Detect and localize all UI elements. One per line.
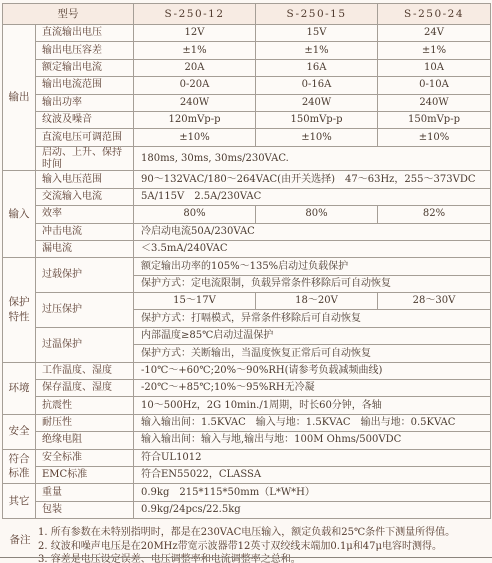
spec-value: 15V bbox=[256, 25, 378, 42]
group-label-compliance: 符合标准 bbox=[3, 449, 36, 484]
spec-value: 16A bbox=[256, 59, 378, 76]
table-row: 保存温度、湿度 -20℃～+85℃;10%～95%RH无冷凝 bbox=[3, 380, 491, 397]
table-row: 纹波及噪音 120mVp-p 150mVp-p 150mVp-p bbox=[3, 111, 491, 128]
spec-value-span: 0.9kg 215*115*50mm（L*W*H） bbox=[134, 484, 491, 501]
group-label-output: 输出 bbox=[3, 25, 36, 171]
spec-label: 抗震性 bbox=[36, 397, 134, 414]
table-row: 其它 重量 0.9kg 215*115*50mm（L*W*H） bbox=[3, 484, 491, 501]
spec-value-span: 10～500Hz，2G 10min./1周期，时长60分钟，各轴 bbox=[134, 397, 491, 414]
spec-table: 型号 S-250-12 S-250-15 S-250-24 输出 直流输出电压 … bbox=[2, 3, 491, 519]
spec-label: 额定输出电流 bbox=[36, 59, 134, 76]
spec-label: 输出功率 bbox=[36, 94, 134, 111]
spec-label: 过温保护 bbox=[36, 327, 134, 362]
spec-value-span: 保护方式：定电流限制，负载异常条件移除后可自动恢复 bbox=[134, 275, 491, 292]
spec-value-span: 符合EN55022，CLASSA bbox=[134, 466, 491, 483]
table-row: 启动、上升、保持时间 180ms, 30ms, 30ms/230VAC. bbox=[3, 146, 491, 171]
group-label-protection: 保护特性 bbox=[3, 258, 36, 362]
table-row: 过压保护 15～17V 18～20V 28～30V bbox=[3, 293, 491, 310]
spec-value-span: 180ms, 30ms, 30ms/230VAC. bbox=[134, 146, 491, 171]
spec-value-span: 输入输出间：输入与地,输出与地：100M Ohms/500VDC bbox=[134, 432, 491, 449]
table-row: 额定输出电流 20A 16A 10A bbox=[3, 59, 491, 76]
spec-label: 包装 bbox=[36, 501, 134, 518]
spec-value: 80% bbox=[134, 206, 256, 223]
group-label-safety: 安全 bbox=[3, 414, 36, 449]
table-row: 保护特性 过载保护 额定输出功率的105%～135%启动过负载保护 bbox=[3, 258, 491, 275]
model-header-label: 型号 bbox=[3, 4, 134, 25]
spec-label: 工作温度、湿度 bbox=[36, 362, 134, 379]
spec-label: 保存温度、湿度 bbox=[36, 380, 134, 397]
spec-value-span: ＜3.5mA/240VAC bbox=[134, 240, 491, 257]
table-row: 绝缘电阻 输入输出间：输入与地,输出与地：100M Ohms/500VDC bbox=[3, 432, 491, 449]
table-row: 输出 直流输出电压 12V 15V 24V bbox=[3, 25, 491, 42]
table-row: 效率 80% 80% 82% bbox=[3, 206, 491, 223]
table-row: 冲击电流 冷启动电流50A/230VAC bbox=[3, 223, 491, 240]
spec-value-span: 保护方式：打嗝模式，异常条件移除后可自动恢复 bbox=[134, 310, 491, 327]
spec-value: ±10% bbox=[256, 129, 378, 146]
note-line: 1. 所有参数在未特别指明时，都是在230VAC电压输入，额定负载和25℃条件下… bbox=[38, 526, 490, 539]
spec-label: 安全标准 bbox=[36, 449, 134, 466]
table-row: 输出电流范围 0-20A 0-16A 0-10A bbox=[3, 77, 491, 94]
table-row: 漏电流 ＜3.5mA/240VAC bbox=[3, 240, 491, 257]
spec-value: 150mVp-p bbox=[378, 111, 491, 128]
table-row: 抗震性 10～500Hz，2G 10min./1周期，时长60分钟，各轴 bbox=[3, 397, 491, 414]
note-line: 2. 纹波和噪声电压是在20MHz带宽示波器带12英寸双绞线末端加0.1μ和47… bbox=[38, 540, 490, 553]
spec-value: ±1% bbox=[256, 42, 378, 59]
spec-label: 效率 bbox=[36, 206, 134, 223]
spec-value: 0-16A bbox=[256, 77, 378, 94]
spec-label: 绝缘电阻 bbox=[36, 432, 134, 449]
spec-value: 10A bbox=[378, 59, 491, 76]
spec-sheet-page: 型号 S-250-12 S-250-15 S-250-24 输出 直流输出电压 … bbox=[0, 0, 492, 563]
group-label-environment: 环境 bbox=[3, 362, 36, 414]
table-row: 环境 工作温度、湿度 -10℃～+60℃;20%～90%RH(请参考负载减频曲线… bbox=[3, 362, 491, 379]
spec-value-span: -20℃～+85℃;10%～95%RH无冷凝 bbox=[134, 380, 491, 397]
model-header: S-250-15 bbox=[256, 4, 378, 25]
table-row: 输出功率 240W 240W 240W bbox=[3, 94, 491, 111]
spec-label: 启动、上升、保持时间 bbox=[36, 146, 134, 171]
spec-value-span: 5A/115V 2.5A/230VAC bbox=[134, 188, 491, 205]
spec-value-span: -10℃～+60℃;20%～90%RH(请参考负载减频曲线) bbox=[134, 362, 491, 379]
spec-label: 输入电压范围 bbox=[36, 171, 134, 188]
spec-value-span: 保护方式：关断输出，当温度恢复正常后可自动恢复 bbox=[134, 345, 491, 362]
spec-value: 0-10A bbox=[378, 77, 491, 94]
spec-value: 240W bbox=[378, 94, 491, 111]
spec-label: 直流输出电压 bbox=[36, 25, 134, 42]
spec-value-span: 输入输出间：1.5KVAC 输入与地：1.5KVAC 输出与地：0.5KVAC bbox=[134, 414, 491, 431]
spec-value: ±1% bbox=[378, 42, 491, 59]
spec-value: 0-20A bbox=[134, 77, 256, 94]
spec-value: 15～17V bbox=[134, 293, 256, 310]
table-row: 过温保护 内部温度≥85℃启动过温保护 bbox=[3, 327, 491, 344]
table-row: 交流输入电流 5A/115V 2.5A/230VAC bbox=[3, 188, 491, 205]
header-row: 型号 S-250-12 S-250-15 S-250-24 bbox=[3, 4, 491, 25]
spec-value: ±1% bbox=[134, 42, 256, 59]
spec-label: 重量 bbox=[36, 484, 134, 501]
spec-label: 过载保护 bbox=[36, 258, 134, 293]
group-label-other: 其它 bbox=[3, 484, 36, 519]
spec-label: EMC标准 bbox=[36, 466, 134, 483]
table-row: 包装 0.9kg/24pcs/22.5kg bbox=[3, 501, 491, 518]
spec-label: 漏电流 bbox=[36, 240, 134, 257]
spec-value: 12V bbox=[134, 25, 256, 42]
spec-label: 过压保护 bbox=[36, 293, 134, 328]
spec-value: ±10% bbox=[134, 129, 256, 146]
spec-value: 20A bbox=[134, 59, 256, 76]
spec-label: 直流电压可调范围 bbox=[36, 129, 134, 146]
spec-label: 输出电流范围 bbox=[36, 77, 134, 94]
table-row: 直流电压可调范围 ±10% ±10% ±10% bbox=[3, 129, 491, 146]
table-row: 安全 耐压性 输入输出间：1.5KVAC 输入与地：1.5KVAC 输出与地：0… bbox=[3, 414, 491, 431]
table-row: 符合标准 安全标准 符合UL1012 bbox=[3, 449, 491, 466]
spec-value: ±10% bbox=[378, 129, 491, 146]
spec-value: 240W bbox=[256, 94, 378, 111]
spec-label: 交流输入电流 bbox=[36, 188, 134, 205]
spec-value: 28～30V bbox=[378, 293, 491, 310]
spec-label: 冲击电流 bbox=[36, 223, 134, 240]
spec-value: 24V bbox=[378, 25, 491, 42]
spec-label: 耐压性 bbox=[36, 414, 134, 431]
group-label-input: 输入 bbox=[3, 171, 36, 258]
spec-value: 18～20V bbox=[256, 293, 378, 310]
spec-value-span: 符合UL1012 bbox=[134, 449, 491, 466]
model-header: S-250-24 bbox=[378, 4, 491, 25]
spec-value-span: 额定输出功率的105%～135%启动过负载保护 bbox=[134, 258, 491, 275]
spec-value: 240W bbox=[134, 94, 256, 111]
model-header: S-250-12 bbox=[134, 4, 256, 25]
table-row: EMC标准 符合EN55022，CLASSA bbox=[3, 466, 491, 483]
spec-label: 输出电压容差 bbox=[36, 42, 134, 59]
spec-value-span: 0.9kg/24pcs/22.5kg bbox=[134, 501, 491, 518]
table-row: 输入 输入电压范围 90～132VAC/180～264VAC(由开关选择) 47… bbox=[3, 171, 491, 188]
table-row: 输出电压容差 ±1% ±1% ±1% bbox=[3, 42, 491, 59]
spec-value: 80% bbox=[256, 206, 378, 223]
spec-value-span: 90～132VAC/180～264VAC(由开关选择) 47～63Hz，255～… bbox=[134, 171, 491, 188]
spec-value: 82% bbox=[378, 206, 491, 223]
spec-value: 120mVp-p bbox=[134, 111, 256, 128]
spec-value: 150mVp-p bbox=[256, 111, 378, 128]
spec-label: 纹波及噪音 bbox=[36, 111, 134, 128]
spec-value-span: 冷启动电流50A/230VAC bbox=[134, 223, 491, 240]
spec-value-span: 内部温度≥85℃启动过温保护 bbox=[134, 327, 491, 344]
bottom-divider bbox=[0, 557, 492, 558]
